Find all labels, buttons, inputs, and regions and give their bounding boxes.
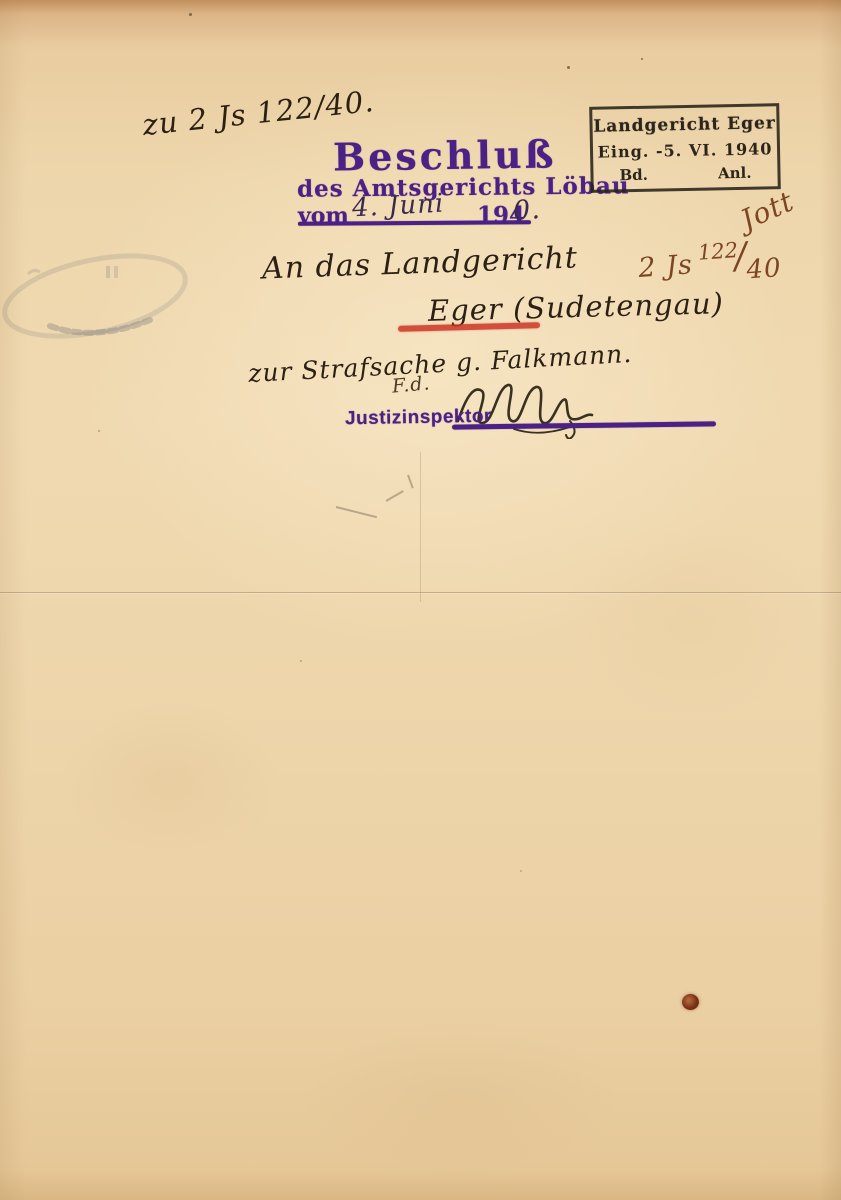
paper-speck [520, 870, 522, 872]
red-underline [398, 322, 540, 332]
case-number-denominator: 40 [746, 253, 783, 285]
pencil-smudge [336, 506, 377, 518]
case-number-numerator: 122 [697, 238, 739, 265]
handwritten-reference: zu 2 Js 122/40. [141, 84, 376, 142]
paper-speck [567, 66, 570, 69]
receipt-stamp-field-right: Anl. [718, 164, 752, 183]
aging-blotch [300, 1020, 620, 1180]
paper-speck [189, 13, 192, 16]
paper-speck [98, 430, 100, 432]
scanned-document-page: zu 2 Js 122/40. Beschluß des Amtsgericht… [0, 0, 841, 1200]
decree-year-handwritten: 0. [512, 194, 542, 227]
decree-stamp-court-line: des Amtsgerichts Löbau [297, 172, 630, 202]
aging-blotch [560, 520, 820, 720]
address-line1: An das Landgericht [261, 240, 578, 286]
decree-stamp-title: Beschluß [333, 131, 557, 179]
initials-small: F.d. [391, 372, 431, 397]
receipt-stamp-received-line: Eing. -5. VI. 1940 [593, 139, 777, 162]
handwritten-initials: Jott [736, 184, 799, 236]
case-number-annotation: 2 Js 122/40 [637, 235, 782, 286]
vertical-fold-crease [420, 452, 421, 602]
receipt-stamp-box: Landgericht Eger Eing. -5. VI. 1940 Bd. … [589, 103, 781, 193]
pencil-smudge [386, 490, 404, 502]
paper-speck [300, 660, 302, 662]
wax-spot [682, 994, 699, 1010]
decree-date-handwritten: 4. Juni [351, 189, 445, 224]
bleed-through-stamp [0, 238, 210, 353]
pencil-smudge [407, 475, 414, 489]
receipt-stamp-field-left: Bd. [619, 166, 648, 185]
receipt-stamp-court: Landgericht Eger [592, 113, 776, 137]
paper-speck [641, 58, 643, 60]
address-line2: Eger (Sudetengau) [428, 286, 725, 328]
case-number-prefix: 2 Js [637, 249, 693, 284]
aging-blotch [60, 700, 280, 860]
